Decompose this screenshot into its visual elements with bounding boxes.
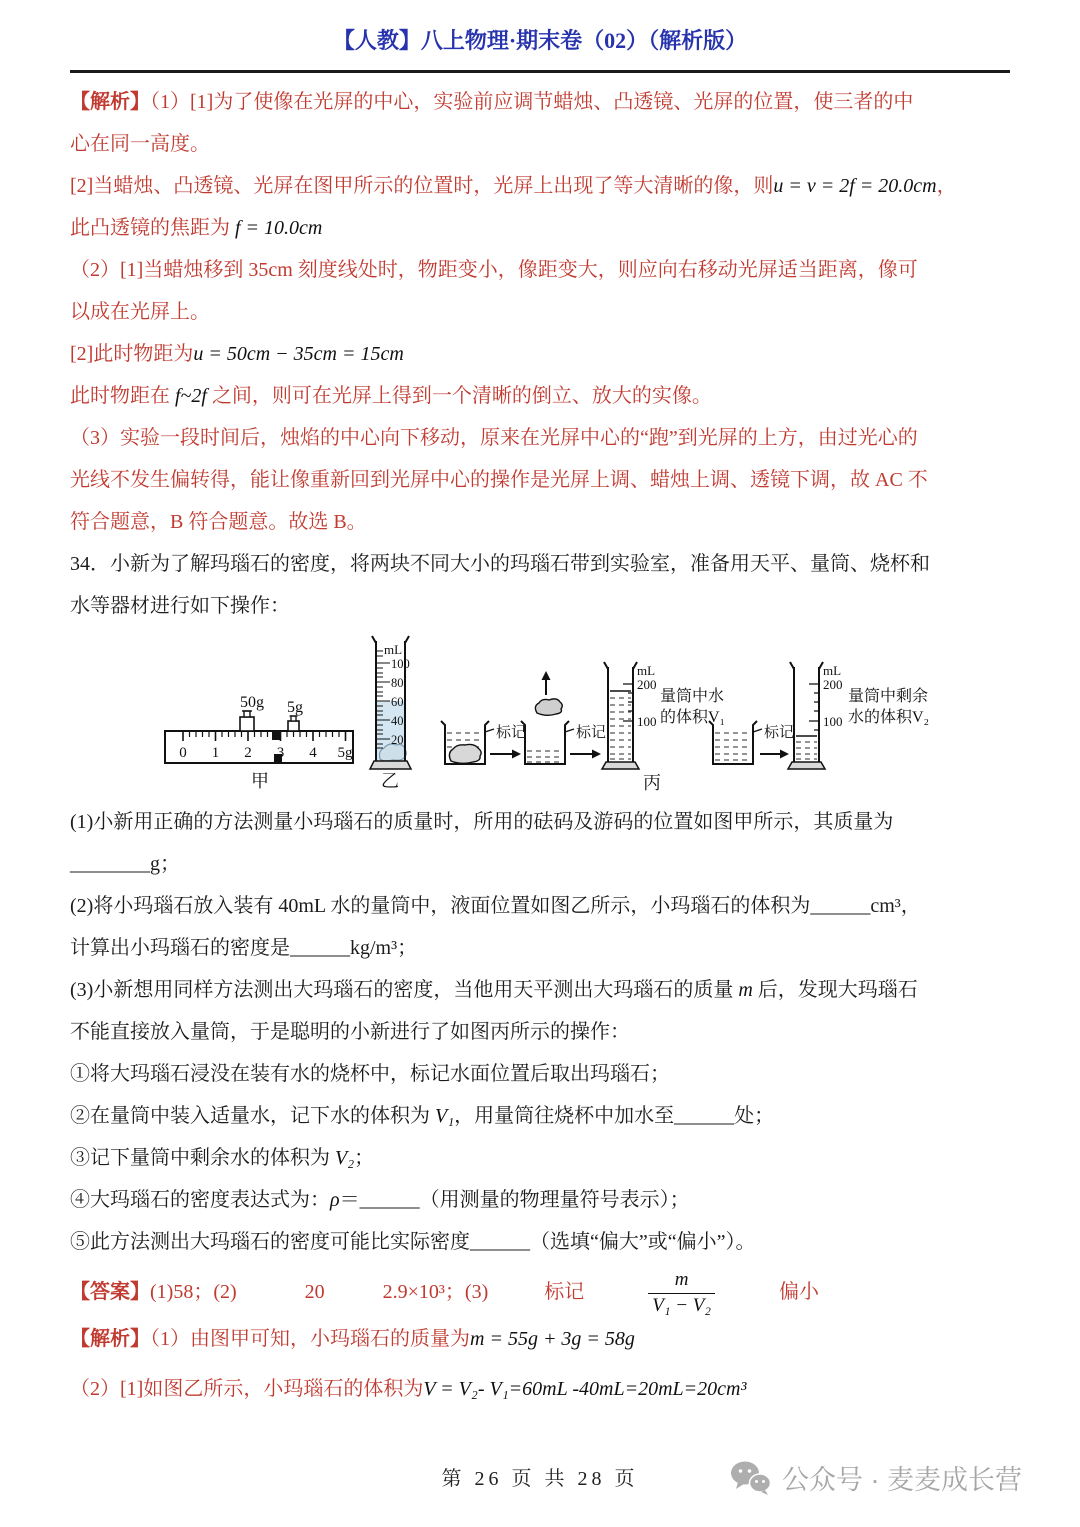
arrow-up-icon — [542, 671, 551, 695]
text-run: m = 55g + 3g = 58g — [470, 1328, 635, 1350]
experiment-figure: 50g 5g 0 1 2 3 4 5g 甲 — [160, 629, 1010, 801]
arrow-3-icon — [760, 750, 789, 759]
header-divider — [70, 70, 1010, 73]
text-run: 【解析】 — [70, 91, 150, 113]
experiment-figure-svg: 50g 5g 0 1 2 3 4 5g 甲 — [160, 629, 950, 801]
text-run: V₂ — [335, 1147, 354, 1169]
cylinder-v2-caption-2: 水的体积V₂ — [848, 708, 929, 726]
analysis-line: 【解析】（1）由图甲可知，小玛瑙石的质量为m = 55g + 3g = 58g — [70, 1318, 1010, 1360]
text-line: （3）实验一段时间后，烛焰的中心向下移动，原来在光屏中心的“跑”到光屏的上方，由… — [70, 417, 1010, 459]
text-line: [2]当蜡烛、凸透镜、光屏在图甲所示的位置时，光屏上出现了等大清晰的像，则u =… — [70, 165, 1010, 207]
text-run: (1)小新用正确的方法测量小玛瑙石的质量时，所用的砝码及游码的位置如图甲所示，其… — [70, 811, 893, 833]
ruler-tick-3: 3 — [277, 745, 285, 761]
cylinder-yi-tick-100: 100 — [391, 657, 410, 671]
cylinder-v1-tick-200: 200 — [637, 677, 657, 692]
text-run: 【答案】 — [70, 1281, 150, 1303]
text-run: u = v = 2f = 20.0cm — [773, 175, 936, 197]
text-run: 不能直接放入量筒，于是聪明的小新进行了如图丙所示的操作： — [70, 1021, 630, 1043]
text-run: u = 50cm − 35cm = 15cm — [193, 343, 403, 365]
text-run: 此凸透镜的焦距为 — [70, 217, 230, 239]
beaker-stone-figure — [441, 721, 494, 764]
watermark: 公众号 · 麦麦成长营 — [730, 1458, 1022, 1497]
label-yi: 乙 — [381, 771, 399, 791]
balance-scale-figure — [165, 711, 353, 763]
text-run: 34．小新为了解玛瑙石的密度，将两块不同大小的玛瑙石带到实验室，准备用天平、量筒… — [70, 553, 930, 575]
cylinder-v2-caption-1: 量筒中剩余 — [848, 687, 928, 705]
question-line: (1)小新用正确的方法测量小玛瑙石的质量时，所用的砝码及游码的位置如图甲所示，其… — [70, 801, 1010, 843]
cylinder-v1-caption-1: 量筒中水 — [660, 687, 724, 705]
text-run: m — [738, 979, 752, 1001]
text-line: [2]此时物距为u = 50cm − 35cm = 15cm — [70, 333, 1010, 375]
text-run: 此时物距在 — [70, 385, 175, 407]
text-line: 光线不发生偏转得，能让像重新回到光屏中心的操作是光屏上调、蜡烛上调、透镜下调，故… — [70, 459, 1010, 501]
question-step-4: ④大玛瑙石的密度表达式为：ρ＝______（用测量的物理量符号表示）； — [70, 1179, 1010, 1221]
rider-marker-top — [272, 731, 281, 740]
text-line: 此凸透镜的焦距为 f = 10.0cm — [70, 207, 1010, 249]
watermark-text: 公众号 · 麦麦成长营 — [782, 1458, 1022, 1497]
text-run: [2]当蜡烛、凸透镜、光屏在图甲所示的位置时，光屏上出现了等大清晰的像，则 — [70, 175, 773, 197]
text-run: ρ — [330, 1189, 340, 1211]
cylinder-v2-figure — [788, 662, 825, 769]
ruler-tick-2: 2 — [244, 745, 252, 761]
text-run: 计算出小玛瑙石的密度是______kg/m³； — [70, 937, 417, 959]
question-step-5: ⑤此方法测出大玛瑙石的密度可能比实际密度______（选填“偏大”或“偏小”）。 — [70, 1221, 1010, 1263]
text-line: 此时物距在 f~2f 之间，则可在光屏上得到一个清晰的倒立、放大的实像。 — [70, 375, 1010, 417]
mark-label-1: 标记 — [496, 724, 526, 741]
cylinder-v2-tick-200: 200 — [823, 677, 843, 692]
text-run: (2)将小玛瑙石放入装有 40mL 水的量筒中，液面位置如图乙所示，小玛瑙石的体… — [70, 895, 921, 917]
text-run: （1）由图甲可知，小玛瑙石的质量为 — [150, 1328, 470, 1350]
page-content: 【人教】八上物理·期末卷（02）（解析版） 【解析】（1）[1]为了使像在光屏的… — [0, 0, 1080, 1410]
text-run: （1）[1]为了使像在光屏的中心，实验前应调节蜡烛、凸透镜、光屏的位置，使三者的… — [150, 91, 913, 113]
text-run: （3）实验一段时间后，烛焰的中心向下移动，原来在光屏中心的“跑”到光屏的上方，由… — [70, 427, 918, 449]
question-step-2: ②在量筒中装入适量水，记下水的体积为 V₁，用量筒往烧杯中加水至______处； — [70, 1095, 1010, 1137]
text-run: ； — [354, 1147, 374, 1169]
text-run: ②在量筒中装入适量水，记下水的体积为 — [70, 1105, 435, 1127]
blank-answer-line: ________g； — [70, 843, 1010, 885]
text-line: 【解析】（1）[1]为了使像在光屏的中心，实验前应调节蜡烛、凸透镜、光屏的位置，… — [70, 81, 1010, 123]
question-34-line: 34．小新为了解玛瑙石的密度，将两块不同大小的玛瑙石带到实验室，准备用天平、量筒… — [70, 543, 1010, 585]
text-line: 以成在光屏上。 — [70, 291, 1010, 333]
text-run: 水等器材进行如下操作： — [70, 595, 290, 617]
text-run: V = V₂- V₁=60mL -40mL=20mL=20cm³ — [423, 1378, 746, 1400]
mark-label-3: 标记 — [764, 724, 794, 741]
cylinder-v2-tick-100: 100 — [823, 714, 843, 729]
page-title: 【人教】八上物理·期末卷（02）（解析版） — [70, 26, 1010, 56]
text-line: （2）[1]当蜡烛移到 35cm 刻度线处时，物距变小，像距变大，则应向右移动光… — [70, 249, 1010, 291]
text-run: 标记 — [544, 1281, 584, 1303]
text-run: ①将大玛瑙石浸没在装有水的烧杯中，标记水面位置后取出玛瑙石； — [70, 1063, 670, 1085]
text-run: 20 — [305, 1281, 325, 1303]
text-run: V₁ — [435, 1105, 454, 1127]
mark-label-2: 标记 — [576, 724, 606, 741]
ruler-tick-5g: 5g — [338, 745, 354, 761]
text-run: 2.9×10³；(3) — [383, 1281, 489, 1303]
weight-50g-label: 50g — [240, 694, 264, 711]
text-run: (3)小新想用同样方法测出大玛瑙石的密度，当他用天平测出大玛瑙石的质量 — [70, 979, 738, 1001]
stone-in-beaker — [449, 744, 481, 763]
cylinder-yi-tick-60: 60 — [391, 695, 404, 709]
arrow-2-icon — [570, 750, 601, 759]
cylinder-yi-tick-40: 40 — [391, 714, 404, 728]
label-jia: 甲 — [251, 771, 269, 791]
exam-paper-page: 【人教】八上物理·期末卷（02）（解析版） 【解析】（1）[1]为了使像在光屏的… — [0, 0, 1080, 1527]
answer-line: 【答案】(1)58；(2)202.9×10³；(3)标记mV₁ − V₂偏小 — [70, 1269, 1010, 1318]
question-line: 不能直接放入量筒，于是聪明的小新进行了如图丙所示的操作： — [70, 1011, 1010, 1053]
text-run: ，用量筒往烧杯中加水至______处； — [454, 1105, 774, 1127]
text-run: f = 10.0cm — [230, 217, 322, 239]
question-line: 计算出小玛瑙石的密度是______kg/m³； — [70, 927, 1010, 969]
text-run: （2）[1]如图乙所示，小玛瑙石的体积为 — [70, 1378, 423, 1400]
analysis-line: （2）[1]如图乙所示，小玛瑙石的体积为V = V₂- V₁=60mL -40m… — [70, 1368, 1010, 1410]
text-run: 符合题意，B 符合题意。故选 B。 — [70, 511, 367, 533]
cylinder-yi-tick-80: 80 — [391, 676, 404, 690]
stone-lifted — [535, 699, 562, 715]
question-34-line: 水等器材进行如下操作： — [70, 585, 1010, 627]
cylinder-v2-unit: mL — [823, 663, 841, 678]
label-bing: 丙 — [643, 773, 661, 793]
text-run: ⑤此方法测出大玛瑙石的密度可能比实际密度______（选填“偏大”或“偏小”）。 — [70, 1231, 756, 1253]
beaker-refilled-figure — [709, 721, 762, 764]
text-line: 符合题意，B 符合题意。故选 B。 — [70, 501, 1010, 543]
text-run: 光线不发生偏转得，能让像重新回到光屏中心的操作是光屏上调、蜡烛上调、透镜下调，故… — [70, 469, 928, 491]
cylinder-v1-tick-100: 100 — [637, 714, 657, 729]
weight-5g-icon — [288, 716, 299, 731]
fraction: mV₁ − V₂ — [648, 1269, 715, 1318]
question-line: (2)将小玛瑙石放入装有 40mL 水的量筒中，液面位置如图乙所示，小玛瑙石的体… — [70, 885, 1010, 927]
text-run: （2）[1]当蜡烛移到 35cm 刻度线处时，物距变小，像距变大，则应向右移动光… — [70, 259, 918, 281]
question-step-3: ③记下量筒中剩余水的体积为 V₂； — [70, 1137, 1010, 1179]
text-run: ③记下量筒中剩余水的体积为 — [70, 1147, 335, 1169]
text-run: 之间，则可在光屏上得到一个清晰的倒立、放大的实像。 — [207, 385, 712, 407]
text-run: (1)58；(2) — [150, 1281, 237, 1303]
text-run: 以成在光屏上。 — [70, 301, 210, 323]
cylinder-yi-tick-20: 20 — [391, 733, 404, 747]
cylinder-v1-unit: mL — [637, 663, 655, 678]
text-run: 【解析】 — [70, 1328, 150, 1350]
beaker-stone-removed-figure — [521, 671, 574, 764]
weight-5g-label: 5g — [287, 699, 303, 716]
wechat-icon — [730, 1460, 772, 1496]
cylinder-yi-unit: mL — [384, 642, 402, 657]
ruler-tick-4: 4 — [309, 745, 317, 761]
text-line: 心在同一高度。 — [70, 123, 1010, 165]
arrow-1-icon — [490, 750, 521, 759]
text-run: [2]此时物距为 — [70, 343, 193, 365]
text-run: ， — [937, 175, 957, 197]
cylinder-v1-caption-2: 的体积V₁ — [660, 708, 725, 726]
text-run: 后，发现大玛瑙石 — [753, 979, 918, 1001]
text-run: f~2f — [175, 385, 207, 407]
text-run: 心在同一高度。 — [70, 133, 210, 155]
text-run: ＝______（用测量的物理量符号表示）； — [340, 1189, 690, 1211]
text-run: ________g； — [70, 853, 180, 875]
text-run: ④大玛瑙石的密度表达式为： — [70, 1189, 330, 1211]
weight-50g-icon — [240, 711, 254, 731]
text-run: 偏小 — [779, 1281, 819, 1303]
ruler-tick-1: 1 — [212, 745, 220, 761]
question-line: (3)小新想用同样方法测出大玛瑙石的密度，当他用天平测出大玛瑙石的质量 m 后，… — [70, 969, 1010, 1011]
ruler-tick-0: 0 — [179, 745, 187, 761]
question-step-1: ①将大玛瑙石浸没在装有水的烧杯中，标记水面位置后取出玛瑙石； — [70, 1053, 1010, 1095]
cylinder-v1-figure — [602, 662, 639, 769]
